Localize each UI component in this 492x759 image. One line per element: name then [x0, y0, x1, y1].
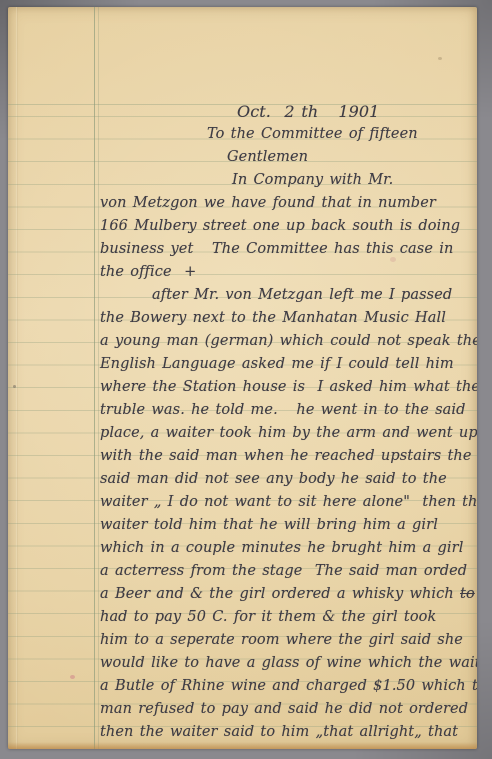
manuscript-line: a Beer and & the girl ordered a whisky w…: [100, 583, 477, 606]
manuscript-line: with the said man when he reached upstai…: [100, 445, 477, 468]
margin-line-inner: [98, 7, 99, 749]
manuscript-line: To the Committee of fifteen: [100, 123, 477, 146]
manuscript-line: then the waiter said to him „that allrig…: [100, 721, 477, 744]
manuscript-line: business yet The Committee has this case…: [100, 238, 477, 261]
manuscript-line: man refused to pay and said he did not o…: [100, 698, 477, 721]
paper-bottom-edge: [8, 742, 477, 749]
paper-blemish: [13, 385, 16, 388]
scan-backdrop: Oct. 2 th 1901To the Committee of fiftee…: [0, 0, 492, 759]
manuscript-line: him to a seperate room where the girl sa…: [100, 629, 477, 652]
manuscript-line: where the Station house is I asked him w…: [100, 376, 477, 399]
letter-page: Oct. 2 th 1901To the Committee of fiftee…: [8, 7, 477, 749]
manuscript-line: place, a waiter took him by the arm and …: [100, 422, 477, 445]
manuscript-line: a young man (german) which could not spe…: [100, 330, 477, 353]
manuscript-line: Oct. 2 th 1901: [100, 100, 477, 123]
manuscript-line: von Metzgon we have found that in number: [100, 192, 477, 215]
manuscript-line: would like to have a glass of wine which…: [100, 652, 477, 675]
manuscript-text: Oct. 2 th 1901To the Committee of fiftee…: [100, 100, 477, 744]
manuscript-line: a acterress from the stage The said man …: [100, 560, 477, 583]
manuscript-line: In Company with Mr.: [100, 169, 477, 192]
manuscript-line: English Language asked me if I could tel…: [100, 353, 477, 376]
manuscript-line: had to pay 50 C. for it them & the girl …: [100, 606, 477, 629]
manuscript-line: truble was. he told me. he went in to th…: [100, 399, 477, 422]
struck-word: to: [460, 586, 475, 602]
manuscript-line: a Butle of Rhine wine and charged $1.50 …: [100, 675, 477, 698]
manuscript-line: 166 Mulbery street one up back south is …: [100, 215, 477, 238]
manuscript-line: waiter „ I do not want to sit here alone…: [100, 491, 477, 514]
margin-line: [94, 7, 95, 749]
paper-blemish: [438, 57, 442, 60]
manuscript-line: waiter told him that he will bring him a…: [100, 514, 477, 537]
paper-blemish: [70, 675, 75, 679]
manuscript-line: said man did not see any body he said to…: [100, 468, 477, 491]
manuscript-line: after Mr. von Metzgan left me I passed: [100, 284, 477, 307]
manuscript-line: Gentlemen: [100, 146, 477, 169]
manuscript-line: the Bowery next to the Manhatan Music Ha…: [100, 307, 477, 330]
manuscript-line: the office +: [100, 261, 477, 284]
manuscript-line: which in a couple minutes he brught him …: [100, 537, 477, 560]
